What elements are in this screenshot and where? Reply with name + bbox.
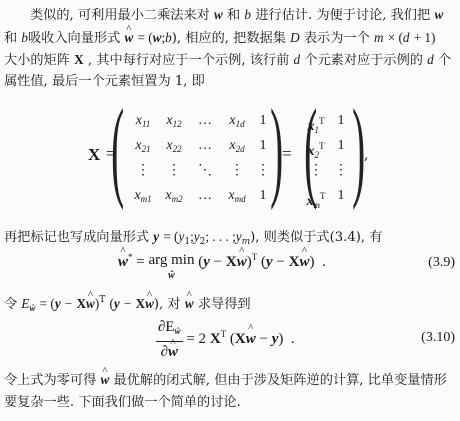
- matrix-cell: ⋮: [302, 159, 330, 183]
- math-d: d: [293, 52, 300, 67]
- text: 进行估计. 为便于讨论, 我们把: [255, 8, 430, 23]
- text: 令: [4, 297, 17, 312]
- text: ), 则类似于式(3.4), 有: [250, 230, 382, 245]
- comma: ,: [364, 147, 368, 163]
- data-matrix: x11 x12 … x1d 1 x21 x22 … x2d 1 ⋮ ⋮ ⋱ ⋮ …: [128, 109, 272, 209]
- text: 再把标记也写成向量形式: [4, 230, 149, 245]
- math-w-hat: w: [125, 28, 134, 48]
- paragraph-1-line-1: 类似的, 可利用最小二乘法来对 w 和 b 进行估计. 为便于讨论, 我们把 w: [30, 5, 443, 26]
- math-op: + 1): [414, 30, 436, 45]
- equation-3-10: ∂Eŵ ∂w = 2 XT (Xw − y) .: [156, 318, 295, 361]
- matrix-cell: x1T: [302, 109, 330, 133]
- text: 最优解的闭式解, 但由于涉及矩阵逆的计算, 比单变量情形: [114, 373, 447, 388]
- text: 类似的, 可利用最小二乘法来对: [30, 8, 210, 23]
- matrix-cell: x1d: [220, 109, 254, 133]
- equals-sign: =: [282, 144, 292, 164]
- matrix-cell: x22: [158, 134, 190, 158]
- matrix-cell: 1: [330, 109, 352, 133]
- equation-3-9: w* = arg min ŵ (y − Xw)T (y − Xw) .: [118, 252, 326, 284]
- matrix-cell: ⋱: [190, 159, 220, 183]
- matrix-cell: 1: [330, 184, 352, 208]
- text: 属性值, 最后一个元素恒置为 1, 即: [4, 74, 205, 89]
- text: ), 对: [154, 297, 181, 312]
- matrix-cell: ⋮: [220, 159, 254, 183]
- paragraph-4-line-2: 要复杂一些. 下面我们做一个简单的讨论.: [4, 393, 241, 413]
- math-b: b: [21, 30, 28, 45]
- math-d: d: [403, 30, 410, 45]
- matrix-cell: …: [190, 134, 220, 158]
- math-y: y: [153, 229, 159, 244]
- text: 令上式为零可得: [4, 373, 96, 388]
- math-w: w: [434, 7, 443, 22]
- text: 个: [438, 53, 451, 68]
- argmin-operator: arg min ŵ: [148, 252, 194, 284]
- paragraph-1-line-2: 和 b吸收入向量形式 w = (w;b), 相应的, 把数据集 D 表示为一个 …: [4, 28, 435, 49]
- equation-number: (3.9): [428, 255, 455, 271]
- matrix-cell: …: [190, 109, 220, 133]
- paragraph-2: 再把标记也写成向量形式 y = (y1;y2; . . . ;ym), 则类似于…: [4, 227, 382, 252]
- matrix-cell: xm2: [158, 184, 190, 208]
- math-b: b: [244, 7, 251, 22]
- paragraph-1-line-3: 大小的矩阵 X , 其中每行对应于一个示例, 该行前 d 个元素对应于示例的 d…: [4, 50, 451, 71]
- text: 和: [4, 31, 17, 46]
- matrix-cell: ⋮: [330, 159, 352, 183]
- text: 和: [227, 8, 240, 23]
- matrix-cell: x11: [128, 109, 158, 133]
- matrix-cell: xm1: [128, 184, 158, 208]
- matrix-cell: x12: [158, 109, 190, 133]
- matrix-equation: X = ( x11 x12 … x1d 1 x21 x22 … x2d 1 ⋮ …: [0, 103, 460, 211]
- matrix-cell: x2d: [220, 134, 254, 158]
- matrix-cell: x2T: [302, 134, 330, 158]
- matrix-cell: ⋮: [128, 159, 158, 183]
- math-op: = (: [138, 30, 153, 45]
- math-X: X: [88, 145, 100, 165]
- math-b: b: [165, 30, 172, 45]
- math-w-hat: w: [118, 254, 128, 271]
- math-X: X: [74, 52, 84, 67]
- text: 个元素对应于示例的: [304, 53, 423, 68]
- equals-sign: =: [136, 254, 144, 270]
- text: 求导得到: [198, 297, 251, 312]
- math-op: × (: [388, 30, 403, 45]
- paragraph-4-line-1: 令上式为零可得 w 最优解的闭式解, 但由于涉及矩阵逆的计算, 比单变量情形: [4, 370, 447, 391]
- text: 大小的矩阵: [4, 53, 70, 68]
- math-d: d: [427, 52, 434, 67]
- text: 吸收入向量形式: [28, 31, 120, 46]
- fraction: ∂Eŵ ∂w: [156, 318, 183, 361]
- math-m: m: [374, 30, 384, 45]
- text: 要复杂一些. 下面我们做一个简单的讨论.: [4, 395, 241, 410]
- row-vector-matrix: x1T 1 x2T 1 ⋮ ⋮ xmT 1: [302, 109, 352, 209]
- equation-number: (3.10): [421, 330, 455, 346]
- math-op: = (: [163, 229, 178, 244]
- math-w: w: [214, 7, 223, 22]
- matrix-cell: 1: [330, 134, 352, 158]
- matrix-cell: ⋮: [158, 159, 190, 183]
- math-D: D: [290, 30, 300, 45]
- text: 表示为一个: [304, 31, 370, 46]
- matrix-cell: xmd: [220, 184, 254, 208]
- text: ), 相应的, 把数据集: [172, 31, 286, 46]
- math-w-hat: w: [101, 370, 110, 390]
- left-paren: (: [111, 99, 124, 199]
- matrix-cell: x21: [128, 134, 158, 158]
- paragraph-1-line-4: 属性值, 最后一个元素恒置为 1, 即: [4, 72, 205, 92]
- paragraph-3: 令 Eŵ = (y − Xw)T (y − Xw), 对 w 求导得到: [4, 290, 251, 318]
- matrix-cell: …: [190, 184, 220, 208]
- text: , 其中每行对应于一个示例, 该行前: [88, 53, 289, 68]
- matrix-cell: xmT: [302, 184, 330, 208]
